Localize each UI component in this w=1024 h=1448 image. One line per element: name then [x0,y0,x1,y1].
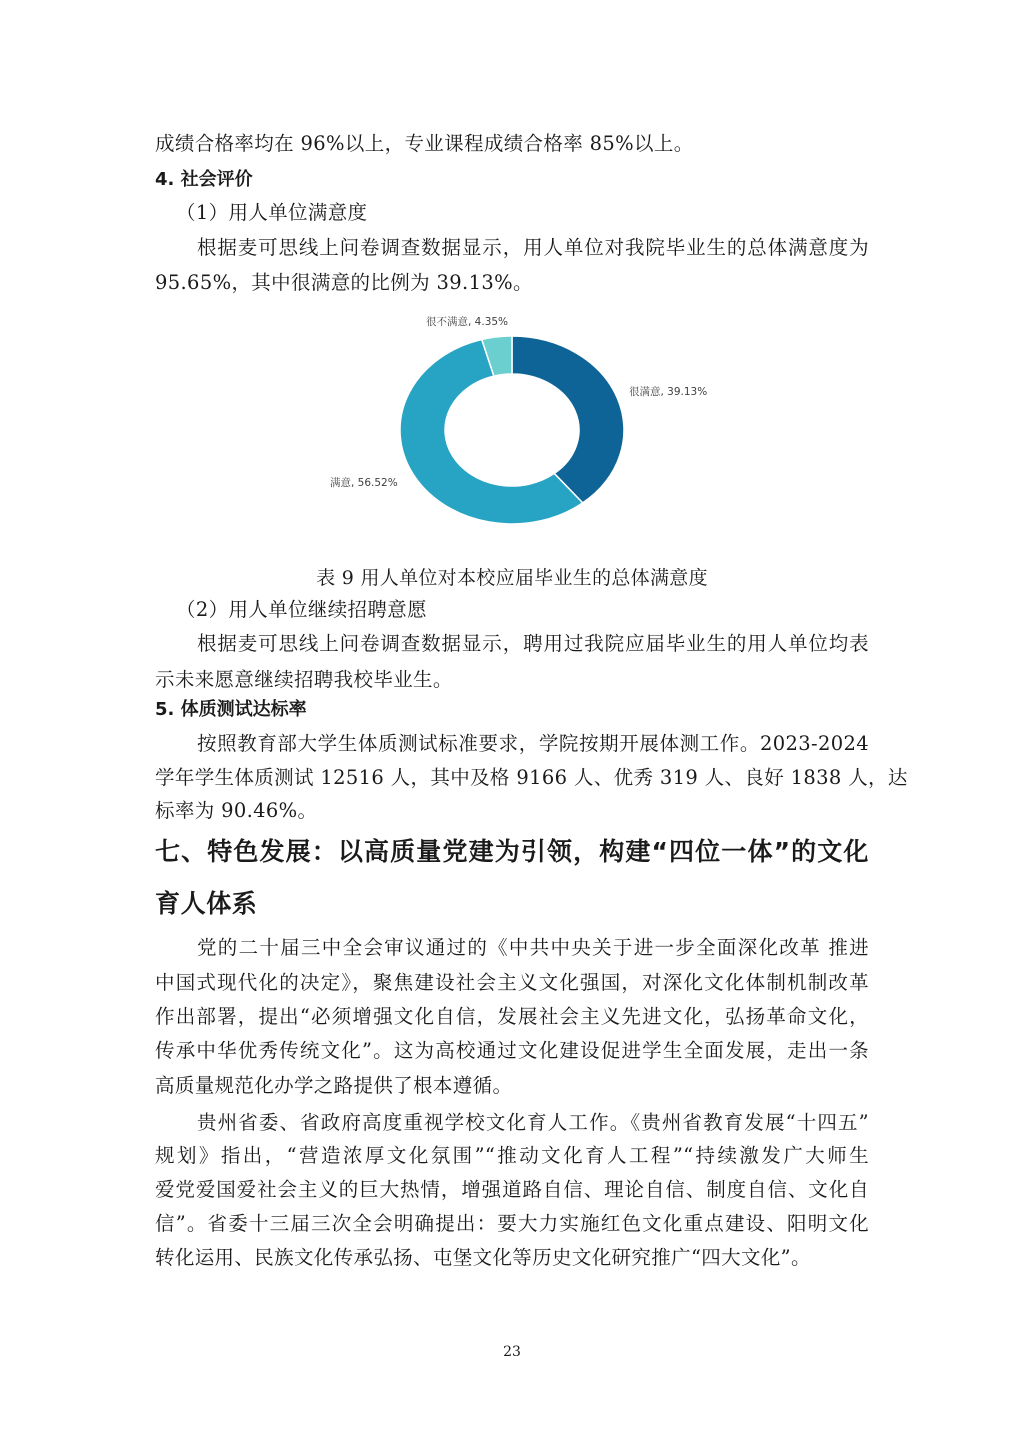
section-heading-fitness-test: 5. 体质测试达标率 [155,698,869,722]
paragraph-line: 转化运用、民族文化传承弘扬、屯堡文化等历史文化研究推广“四大文化”。 [155,1246,869,1270]
figure-caption: 表 9 用人单位对本校应届毕业生的总体满意度 [0,566,1024,590]
paragraph-line: 学年学生体质测试 12516 人，其中及格 9166 人、优秀 319 人、良好… [155,766,869,790]
paragraph-line: 规划》指出，“营造浓厚文化氛围”“推动文化育人工程”“持续激发广大师生 [155,1144,869,1168]
paragraph-line: 示未来愿意继续招聘我校毕业生。 [155,668,869,692]
section-heading-social-evaluation: 4. 社会评价 [155,168,869,192]
paragraph-line: 按照教育部大学生体质测试标准要求，学院按期开展体测工作。2023-2024 [155,732,869,756]
paragraph-line: 中国式现代化的决定》，聚焦建设社会主义文化强国，对深化文化体制机制改革 [155,971,869,995]
paragraph-line: 作出部署，提出“必须增强文化自信，发展社会主义先进文化，弘扬革命文化， [155,1005,869,1029]
paragraph-line: 95.65%，其中很满意的比例为 39.13%。 [155,271,869,295]
paragraph-line: 成绩合格率均在 96%以上，专业课程成绩合格率 85%以上。 [155,132,869,156]
label-very-dissatisfied: 很不满意, 4.35% [426,315,508,328]
paragraph-line: 传承中华优秀传统文化”。这为高校通过文化建设促进学生全面发展，走出一条 [155,1039,869,1063]
satisfaction-donut-chart: 很不满意, 4.35% 很满意, 39.13% 满意, 56.52% [300,300,740,540]
paragraph-line: 党的二十届三中全会审议通过的《中共中央关于进一步全面深化改革 推进 [155,936,869,960]
paragraph-line: 根据麦可思线上问卷调查数据显示，用人单位对我院毕业生的总体满意度为 [155,236,869,260]
paragraph-line: 根据麦可思线上问卷调查数据显示，聘用过我院应届毕业生的用人单位均表 [155,632,869,656]
subsection-heading-employer-satisfaction: （1）用人单位满意度 [155,201,869,225]
paragraph-line: 高质量规范化办学之路提供了根本遵循。 [155,1074,869,1098]
slice-very-satisfied [512,336,624,503]
chapter-heading: 七、特色发展：以高质量党建为引领，构建“四位一体”的文化 [155,836,869,868]
subsection-heading-rehire-intention: （2）用人单位继续招聘意愿 [155,598,869,622]
donut-slices [400,336,624,524]
chapter-heading-continued: 育人体系 [155,888,869,920]
paragraph-line: 信”。省委十三届三次全会明确提出：要大力实施红色文化重点建设、阳明文化 [155,1212,869,1236]
page-number: 23 [0,1343,1024,1361]
label-very-satisfied: 很满意, 39.13% [629,385,707,398]
paragraph-line: 爱党爱国爱社会主义的巨大热情，增强道路自信、理论自信、制度自信、文化自 [155,1178,869,1202]
paragraph-line: 标率为 90.46%。 [155,799,869,823]
paragraph-line: 贵州省委、省政府高度重视学校文化育人工作。《贵州省教育发展“十四五” [155,1111,869,1135]
label-satisfied: 满意, 56.52% [330,476,398,489]
